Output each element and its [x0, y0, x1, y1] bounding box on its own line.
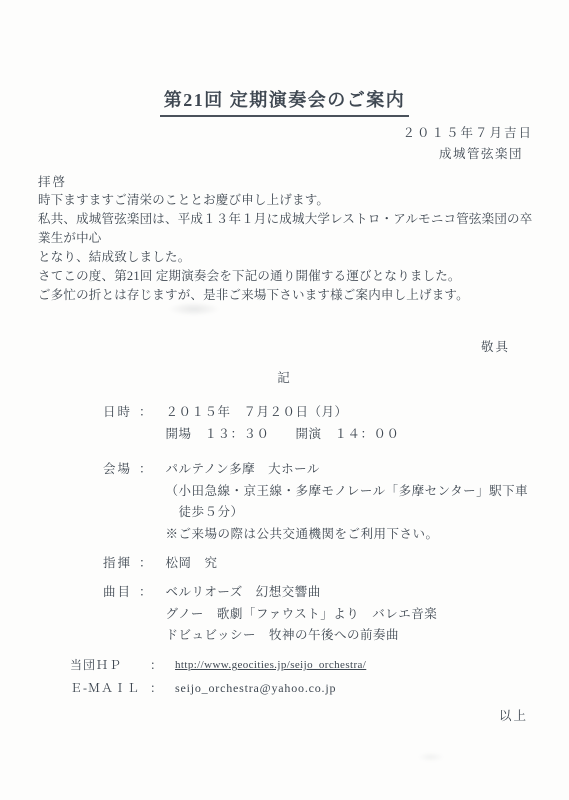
scanned-letter-page: 第21回 定期演奏会のご案内 ２０１５年７月吉日 成城管弦楽団 拝啓 時下ますま…: [0, 0, 569, 800]
contact-colon: ：: [150, 677, 162, 699]
title-row: 第21回 定期演奏会のご案内: [0, 86, 569, 117]
detail-line: 徒歩５分）: [166, 502, 529, 524]
detail-lines: ベルリオーズ 幻想交響曲 グノー 歌劇「ファウスト」より バレエ音楽 ドビュビッ…: [166, 582, 438, 647]
detail-label-datetime: 日時: [103, 402, 139, 445]
detail-line: 開場 １３：３０ 開演 １４：００: [166, 424, 400, 446]
contact-homepage-row: 当団ＨＰ ： http://www.geocities.jp/seijo_orc…: [70, 654, 366, 676]
detail-colon: ：: [139, 582, 152, 647]
detail-colon: ：: [139, 402, 152, 445]
detail-line: パルテノン多摩 大ホール: [166, 459, 529, 481]
detail-datetime: 日時 ： ２０１５年 ７月２０日（月） 開場 １３：３０ 開演 １４：００: [103, 402, 400, 445]
detail-line: ２０１５年 ７月２０日（月）: [166, 402, 400, 424]
body-line: さてこの度、第21回 定期演奏会を下記の通り開催する運びとなりました。: [38, 267, 538, 286]
detail-line: グノー 歌劇「ファウスト」より バレエ音楽: [166, 604, 438, 626]
detail-lines: パルテノン多摩 大ホール （小田急線・京王線・多摩モノレール「多摩センター」駅下…: [166, 459, 529, 545]
detail-label-venue: 会場: [103, 459, 139, 545]
contact-colon: ：: [150, 654, 162, 676]
body-line: ご多忙の折とは存じますが、是非ご来場下さいます様ご案内申し上げます。: [38, 286, 538, 305]
detail-program: 曲目 ： ベルリオーズ 幻想交響曲 グノー 歌劇「ファウスト」より バレエ音楽 …: [103, 582, 437, 647]
detail-line: ドビュビッシー 牧神の午後への前奏曲: [166, 625, 438, 647]
detail-line: 松岡 究: [166, 553, 218, 575]
body-line: となり、結成致しました。: [38, 248, 538, 267]
detail-lines: 松岡 究: [166, 553, 218, 575]
detail-lines: ２０１５年 ７月２０日（月） 開場 １３：３０ 開演 １４：００: [166, 402, 400, 445]
detail-line: ※ご来場の際は公共交通機関をご利用下さい。: [166, 524, 529, 546]
closing-keigu: 敬具: [481, 337, 510, 355]
notice-heading-ki: 記: [0, 368, 569, 386]
detail-line: ベルリオーズ 幻想交響曲: [166, 582, 438, 604]
footer-ijou: 以上: [499, 706, 528, 724]
detail-conductor: 指揮 ： 松岡 究: [103, 553, 218, 575]
contact-label-hp: 当団ＨＰ: [70, 654, 150, 676]
contact-label-email: Ｅ‐ＭＡＩＬ: [70, 677, 150, 699]
homepage-link[interactable]: http://www.geocities.jp/seijo_orchestra/: [175, 654, 366, 676]
detail-colon: ：: [139, 459, 152, 545]
detail-label-program: 曲目: [103, 582, 139, 647]
page-title: 第21回 定期演奏会のご案内: [160, 86, 410, 117]
contact-email-row: Ｅ‐ＭＡＩＬ ： seijo_orchestra@yahoo.co.jp: [70, 677, 336, 699]
detail-venue: 会場 ： パルテノン多摩 大ホール （小田急線・京王線・多摩モノレール「多摩セン…: [103, 459, 528, 545]
detail-line: （小田急線・京王線・多摩モノレール「多摩センター」駅下車: [166, 481, 529, 503]
sender-name: 成城管弦楽団: [439, 144, 523, 162]
scan-smudge: [418, 752, 444, 762]
letter-date: ２０１５年７月吉日: [402, 123, 533, 141]
detail-label-conductor: 指揮: [103, 553, 139, 575]
detail-colon: ：: [139, 553, 152, 575]
body-line: 時下ますますご清栄のこととお慶び申し上げます。: [38, 191, 538, 210]
letter-body: 時下ますますご清栄のこととお慶び申し上げます。 私共、成城管弦楽団は、平成１３年…: [38, 191, 538, 305]
salutation: 拝啓: [38, 172, 67, 190]
body-line: 私共、成城管弦楽団は、平成１３年１月に成城大学レストロ・アルモニコ管弦楽団の卒業…: [38, 210, 538, 248]
email-address: seijo_orchestra@yahoo.co.jp: [175, 677, 336, 699]
